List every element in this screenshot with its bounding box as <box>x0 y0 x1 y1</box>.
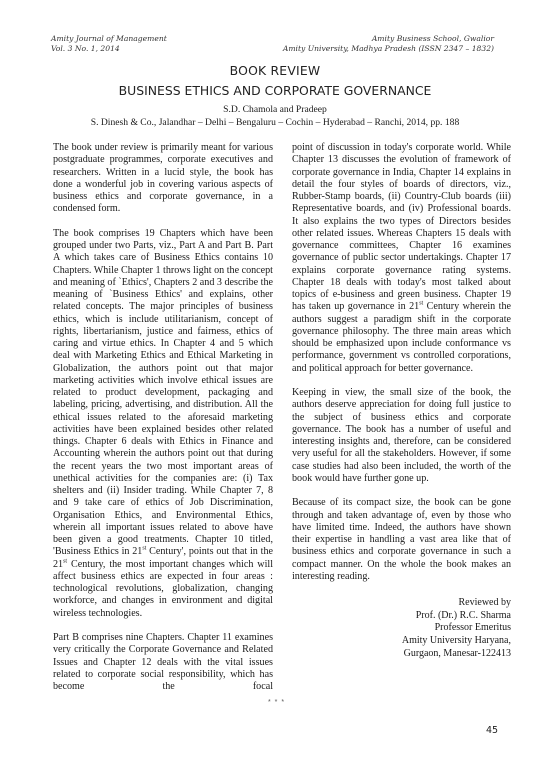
page-number: 45 <box>486 725 498 736</box>
reviewer-address: Gurgaon, Manesar-122413 <box>292 648 511 661</box>
reviewer-block: Reviewed by Prof. (Dr.) R.C. Sharma Prof… <box>292 597 511 661</box>
header-left: Amity Journal of Management Vol. 3 No. 1… <box>51 34 167 54</box>
book-title: BUSINESS ETHICS AND CORPORATE GOVERNANCE <box>0 83 550 99</box>
journal-volume: Vol. 3 No. 1, 2014 <box>51 44 167 54</box>
publication-info: S. Dinesh & Co., Jalandhar – Delhi – Ben… <box>0 116 550 129</box>
end-separator: * * * <box>268 699 285 706</box>
paragraph-part-a: The book comprises 19 Chapters which hav… <box>53 228 273 620</box>
text-run: Century, the most important changes whic… <box>53 559 273 619</box>
school-name: Amity Business School, Gwalior <box>283 34 494 44</box>
reviewed-by-label: Reviewed by <box>292 597 511 610</box>
reviewer-title: Professor Emeritus <box>292 622 511 635</box>
paragraph-part-b: Part B comprises nine Chapters. Chapter … <box>53 632 273 693</box>
section-title: BOOK REVIEW <box>0 63 550 79</box>
journal-name: Amity Journal of Management <box>51 34 167 44</box>
right-column: point of discussion in today's corporate… <box>292 142 511 661</box>
university-issn: Amity University, Madhya Pradesh (ISSN 2… <box>283 44 494 54</box>
book-authors: S.D. Chamola and Pradeep <box>0 103 550 116</box>
paragraph-part-b-cont: point of discussion in today's corporate… <box>292 142 511 375</box>
header-right: Amity Business School, Gwalior Amity Uni… <box>283 34 494 54</box>
left-column: The book under review is primarily meant… <box>53 142 273 693</box>
paragraph-intro: The book under review is primarily meant… <box>53 142 273 216</box>
paragraph-assessment: Keeping in view, the small size of the b… <box>292 387 511 485</box>
title-block: BOOK REVIEW BUSINESS ETHICS AND CORPORAT… <box>0 63 550 129</box>
reviewer-affiliation: Amity University Haryana, <box>292 635 511 648</box>
text-run: The book comprises 19 Chapters which hav… <box>53 228 273 558</box>
reviewer-name: Prof. (Dr.) R.C. Sharma <box>292 610 511 623</box>
paragraph-conclusion: Because of its compact size, the book ca… <box>292 497 511 583</box>
superscript: st <box>419 301 423 307</box>
